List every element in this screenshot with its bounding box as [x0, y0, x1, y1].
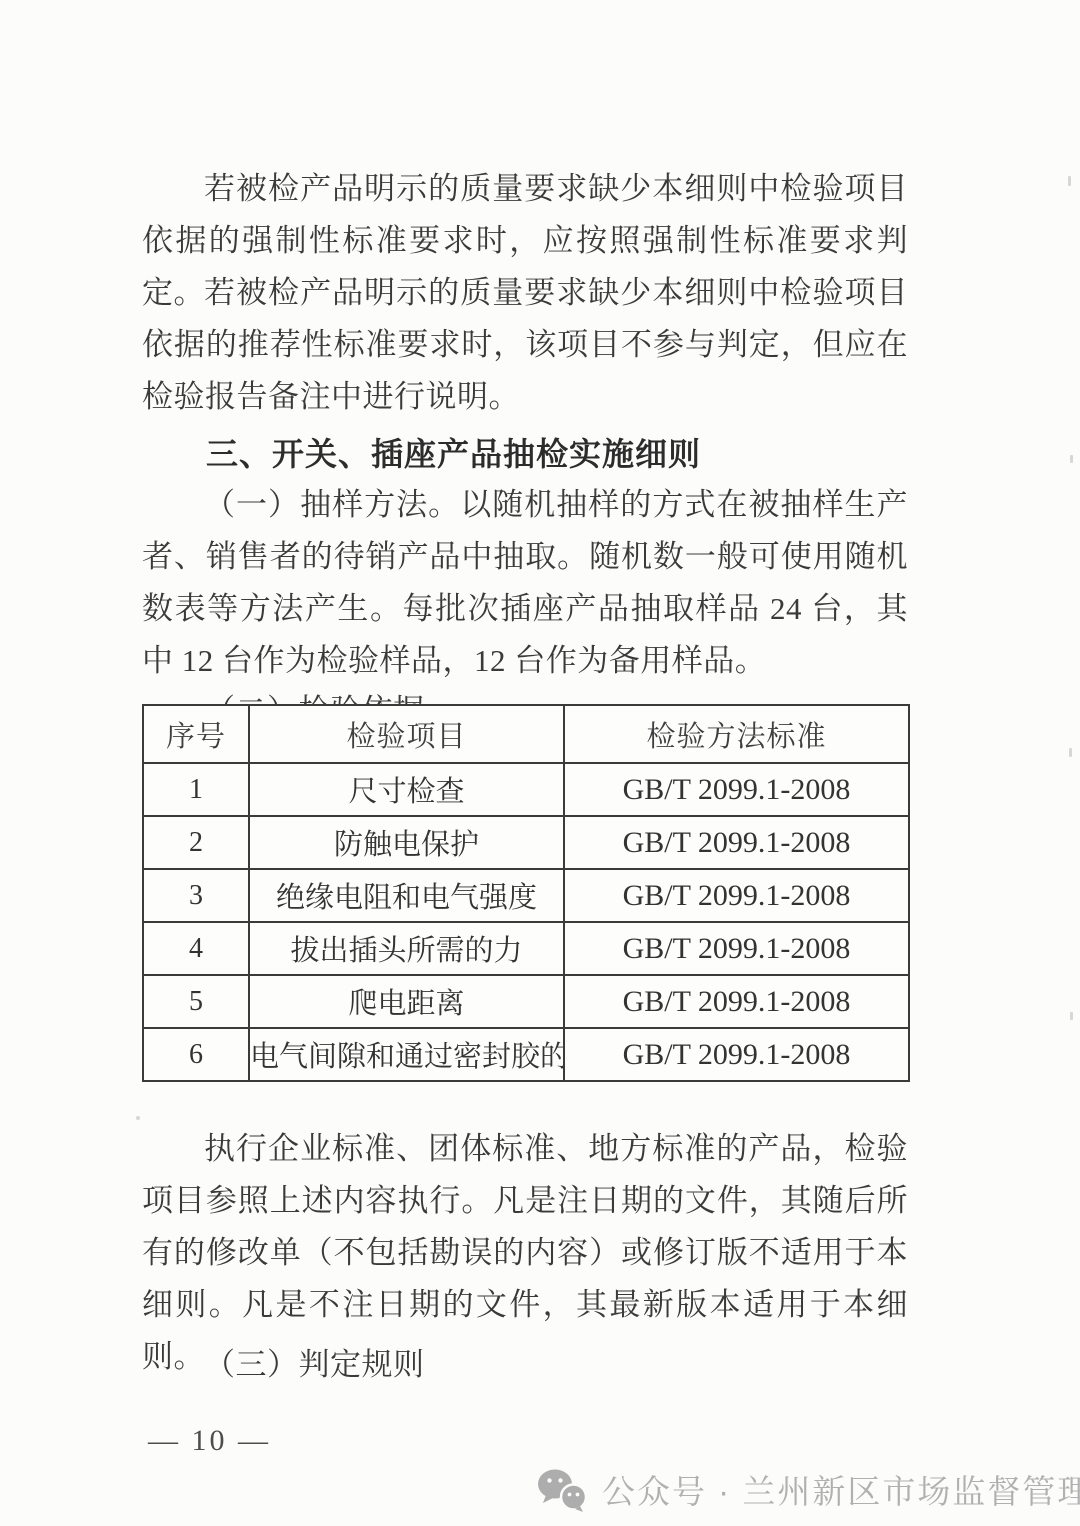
column-header-index: 序号 — [143, 705, 249, 763]
table-cell: 3 — [143, 869, 249, 922]
table-cell: 爬电距离 — [249, 975, 564, 1028]
table-row: 3绝缘电阻和电气强度GB/T 2099.1-2008 — [143, 869, 909, 922]
scan-artifact — [1069, 748, 1072, 757]
table-cell: GB/T 2099.1-2008 — [564, 816, 909, 869]
table-row: 5爬电距离GB/T 2099.1-2008 — [143, 975, 909, 1028]
table-cell: GB/T 2099.1-2008 — [564, 975, 909, 1028]
paragraph-recommended-standard: 若被检产品明示的质量要求缺少本细则中检验项目依据的推荐性标准要求时，该项目不参与… — [142, 267, 908, 423]
column-header-method-standard: 检验方法标准 — [564, 705, 909, 763]
table-body: 1尺寸检查GB/T 2099.1-20082防触电保护GB/T 2099.1-2… — [143, 763, 909, 1081]
paragraph-sampling-method: （一）抽样方法。以随机抽样的方式在被抽样生产者、销售者的待销产品中抽取。随机数一… — [142, 479, 908, 687]
document-page: 若被检产品明示的质量要求缺少本细则中检验项目依据的强制性标准要求时，应按照强制性… — [0, 0, 1080, 1526]
table-cell: 1 — [143, 763, 249, 816]
scan-artifact — [1070, 1012, 1073, 1020]
table-cell: GB/T 2099.1-2008 — [564, 1028, 909, 1081]
table-row: 4拔出插头所需的力GB/T 2099.1-2008 — [143, 922, 909, 975]
table-cell: 4 — [143, 922, 249, 975]
table-cell: 尺寸检查 — [249, 763, 564, 816]
table-row: 6电气间隙和通过密封胶的距离GB/T 2099.1-2008 — [143, 1028, 909, 1081]
table-cell: 绝缘电阻和电气强度 — [249, 869, 564, 922]
table-cell: 防触电保护 — [249, 816, 564, 869]
table-header-row: 序号 检验项目 检验方法标准 — [143, 705, 909, 763]
scan-artifact — [1068, 176, 1071, 186]
table-cell: 2 — [143, 816, 249, 869]
wechat-watermark: 公众号 · 兰州新区市场监督管理局 — [536, 1466, 1080, 1513]
table-cell: 5 — [143, 975, 249, 1028]
wechat-icon — [536, 1468, 588, 1512]
scan-artifact — [136, 1116, 140, 1120]
table-cell: 拔出插头所需的力 — [249, 922, 564, 975]
table-cell: GB/T 2099.1-2008 — [564, 869, 909, 922]
page-number: — 10 — — [148, 1424, 271, 1458]
table-cell: 电气间隙和通过密封胶的距离 — [249, 1028, 564, 1081]
inspection-basis-table: 序号 检验项目 检验方法标准 1尺寸检查GB/T 2099.1-20082防触电… — [142, 704, 910, 1082]
column-header-inspection-item: 检验项目 — [249, 705, 564, 763]
table-cell: GB/T 2099.1-2008 — [564, 922, 909, 975]
table-cell: 6 — [143, 1028, 249, 1081]
table-row: 2防触电保护GB/T 2099.1-2008 — [143, 816, 909, 869]
subsection-heading-judgment-rules: （三）判定规则 — [142, 1337, 908, 1393]
scan-artifact — [1070, 455, 1073, 463]
section-heading-switch-socket-rules: 三、开关、插座产品抽检实施细则 — [142, 428, 908, 480]
table-cell: GB/T 2099.1-2008 — [564, 763, 909, 816]
watermark-text: 公众号 · 兰州新区市场监督管理局 — [602, 1466, 1080, 1513]
table-row: 1尺寸检查GB/T 2099.1-2008 — [143, 763, 909, 816]
